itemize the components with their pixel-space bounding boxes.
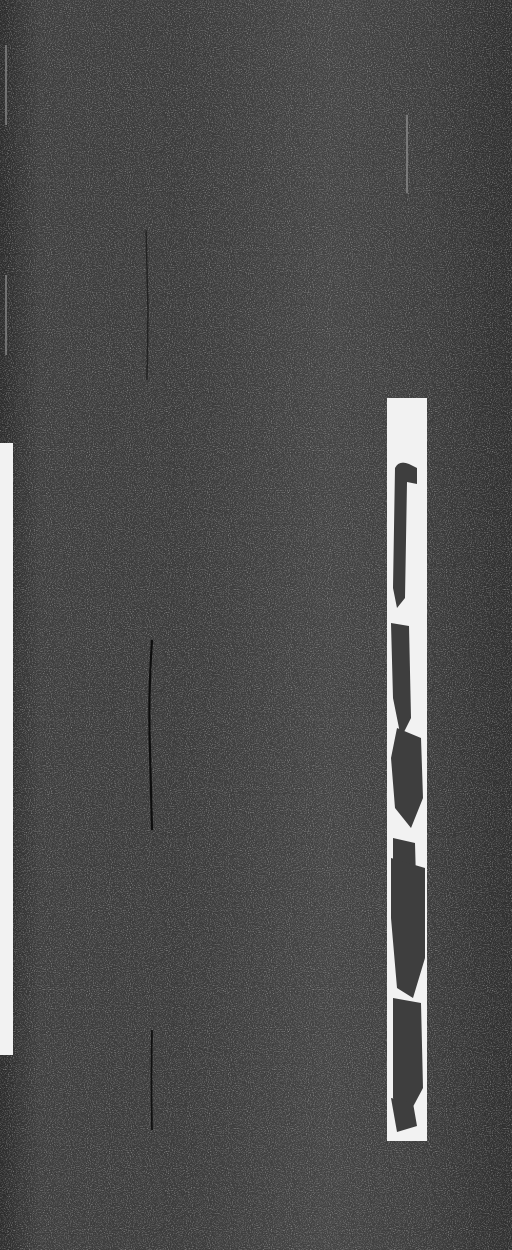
faded-line-mark <box>5 275 7 355</box>
worn-dashed-lane-marking <box>387 398 427 1141</box>
faded-line-mark <box>406 115 408 193</box>
asphalt-surface <box>0 0 512 1250</box>
asphalt-texture <box>0 0 512 1250</box>
solid-lane-line <box>0 443 13 1055</box>
pavement-crack <box>140 230 160 1130</box>
faded-line-mark <box>5 45 7 125</box>
